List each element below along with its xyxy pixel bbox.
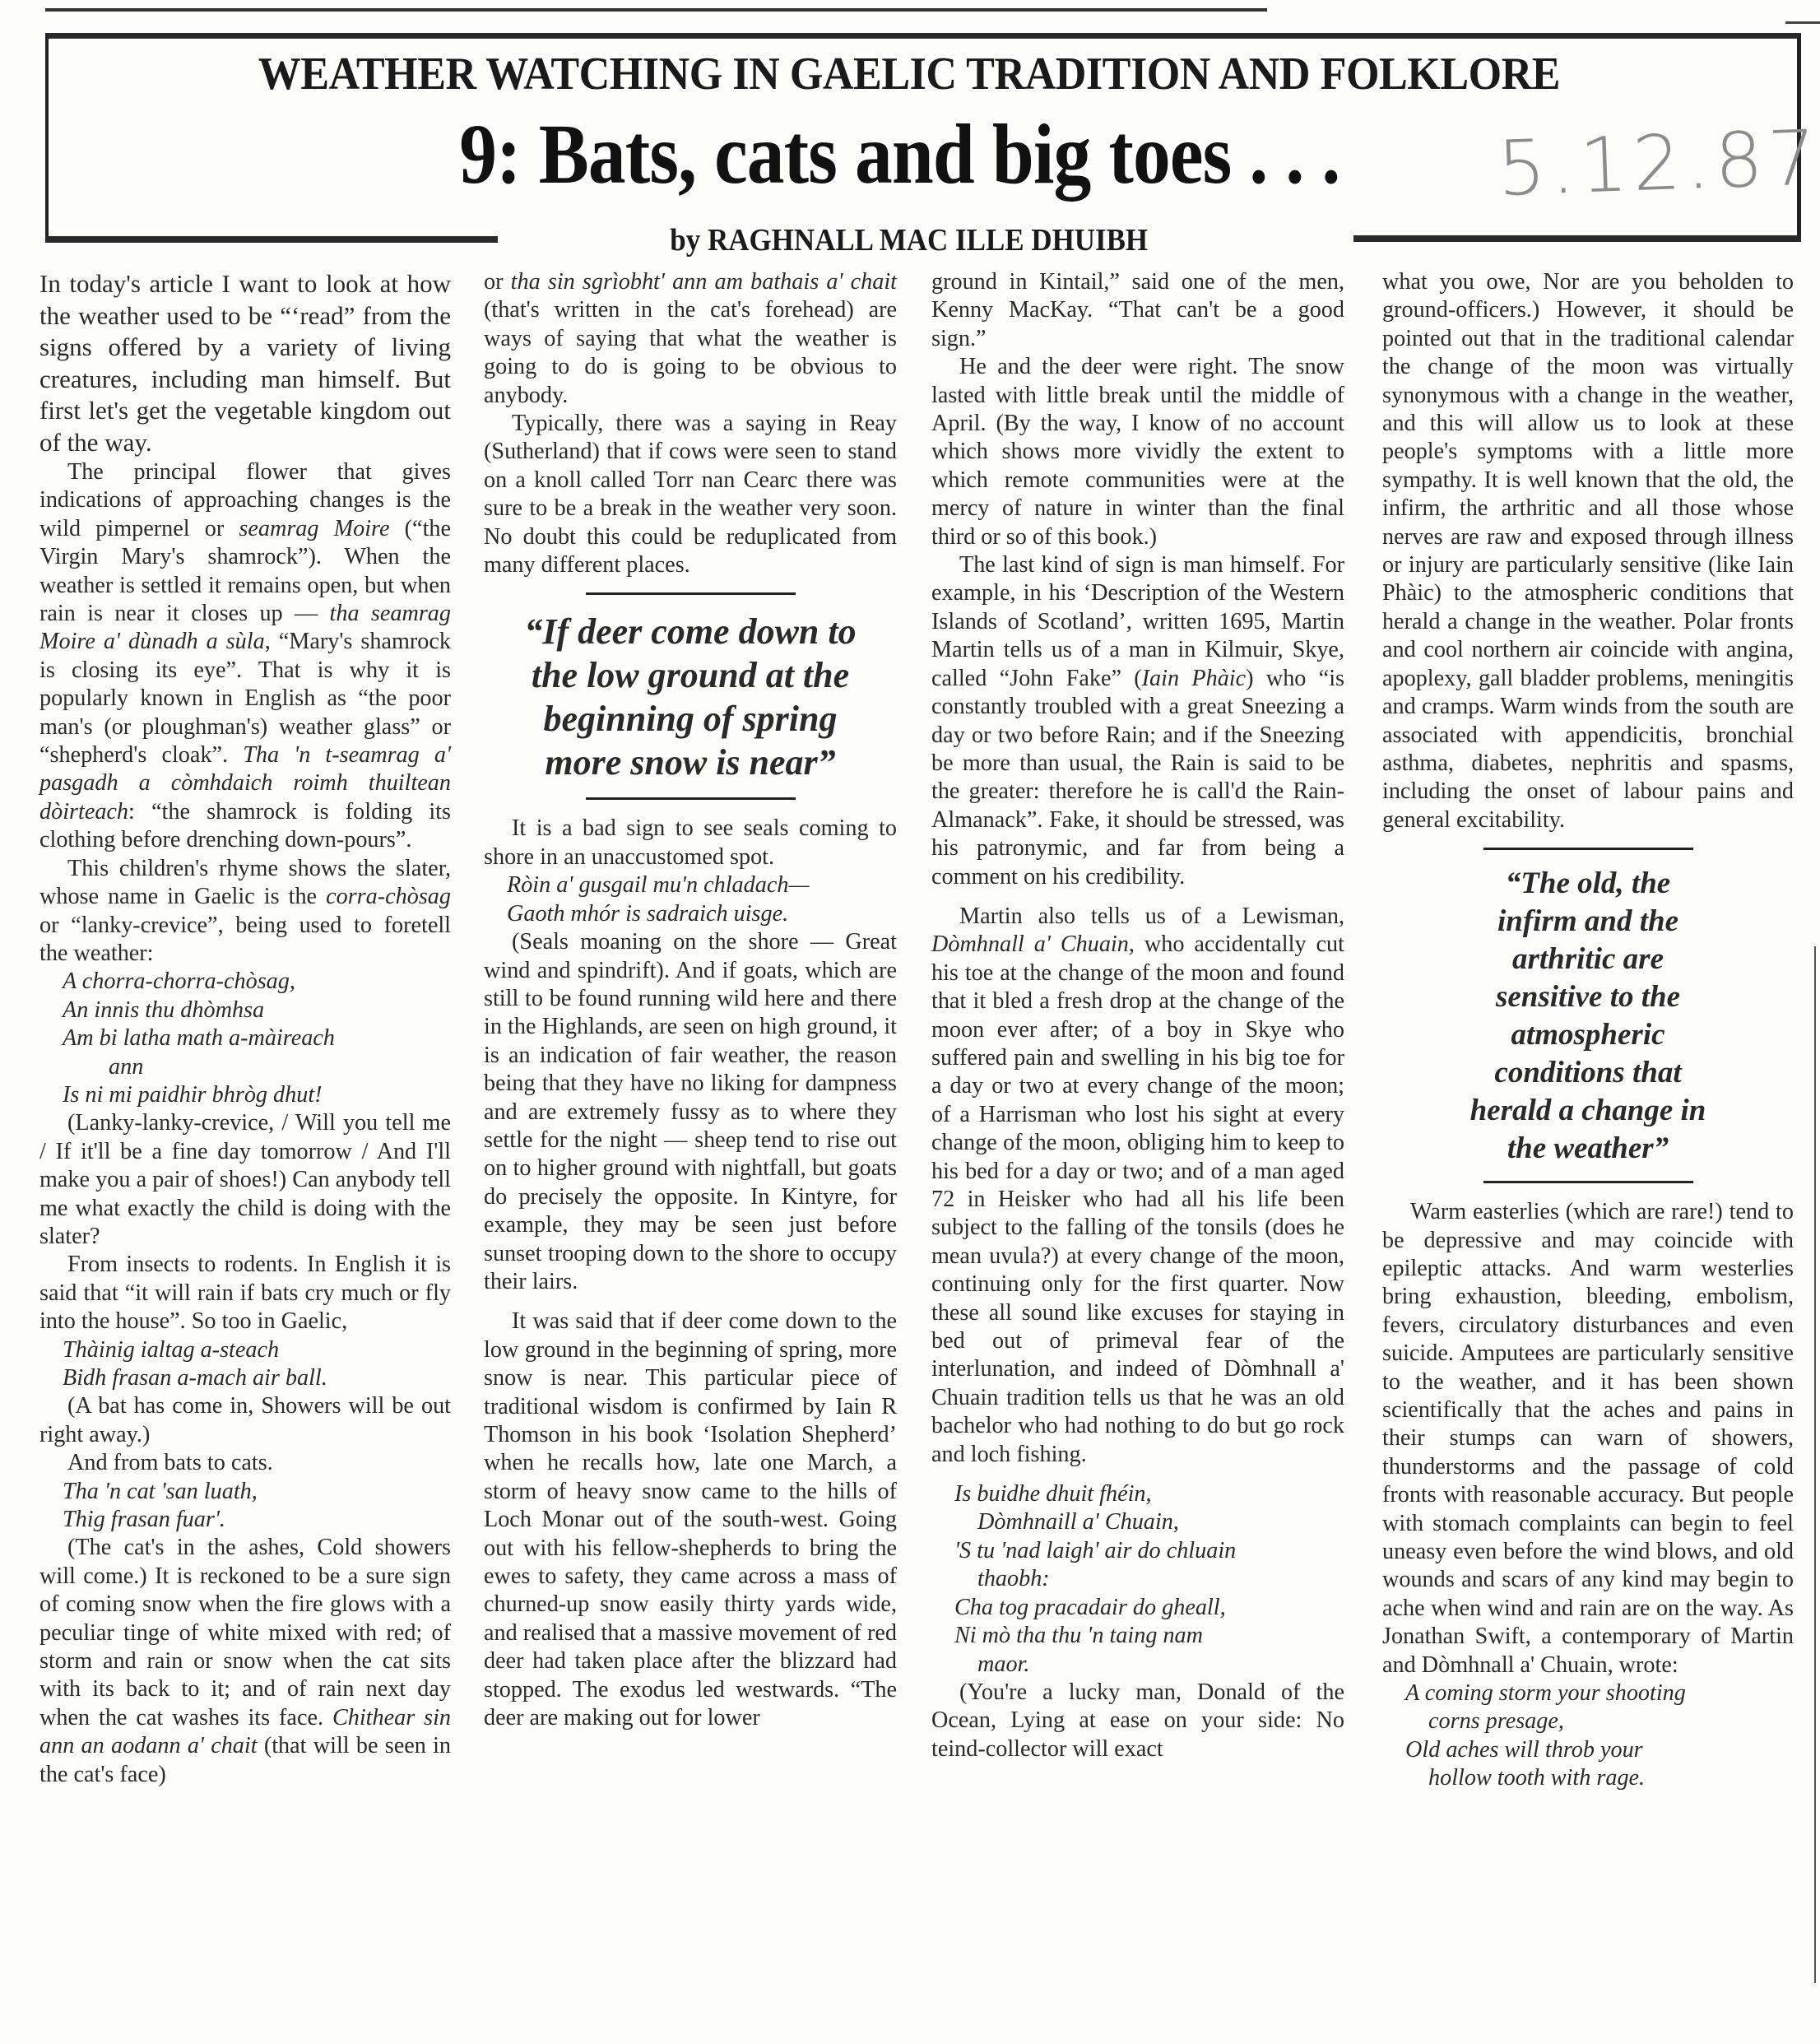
- paragraph: Martin also tells us of a Lewisman, Dòmh…: [931, 903, 1344, 1469]
- pullquote: “The old, the infirm and the arthritic a…: [1465, 865, 1711, 1168]
- byline: by RAGHNALL MAC ILLE DHUIBH: [72, 222, 1746, 258]
- pullquote: “If deer come down to the low ground at …: [518, 610, 863, 784]
- column-3: ground in Kintail,” said one of the men,…: [931, 268, 1344, 1763]
- column-1: In today's article I want to look at how…: [39, 268, 451, 1789]
- pullquote-rule-bottom: [586, 797, 796, 800]
- paragraph: It is a bad sign to see seals coming to …: [484, 815, 897, 871]
- top-rule: [45, 8, 1267, 12]
- paragraph: (Seals moaning on the shore — Great wind…: [484, 928, 897, 1296]
- right-margin-rule: [1814, 946, 1816, 1983]
- column-4: what you owe, Nor are you beholden to gr…: [1382, 268, 1794, 1793]
- pullquote-rule-top: [1483, 848, 1693, 850]
- gaelic-verse: Thàinig ialtag a-steach Bidh frasan a-ma…: [39, 1336, 451, 1393]
- paragraph: (The cat's in the ashes, Cold showers wi…: [39, 1534, 451, 1789]
- paragraph: or tha sin sgrìobht' ann am bathais a' c…: [484, 268, 897, 410]
- article-title: 9: Bats, cats and big toes . . .: [99, 105, 1701, 203]
- handwritten-date: 5.12.87: [1496, 114, 1820, 213]
- paragraph: (Lanky-lanky-crevice, / Will you tell me…: [39, 1109, 451, 1251]
- paragraph: (You're a lucky man, Donald of the Ocean…: [931, 1679, 1344, 1763]
- series-title: WEATHER WATCHING IN GAELIC TRADITION AND…: [63, 48, 1755, 100]
- pullquote-rule-bottom: [1483, 1181, 1693, 1183]
- paragraph: The last kind of sign is man himself. Fo…: [931, 551, 1344, 891]
- paragraph: It was said that if deer come down to th…: [484, 1308, 897, 1732]
- gaelic-verse: Ròin a' gusgail mu'n chladach— Gaoth mhó…: [484, 871, 897, 928]
- swift-verse: A coming storm your shooting corns presa…: [1382, 1679, 1794, 1793]
- paragraph: From insects to rodents. In English it i…: [39, 1251, 451, 1336]
- paragraph: (A bat has come in, Showers will be out …: [39, 1392, 451, 1449]
- pullquote-rule-top: [586, 592, 796, 595]
- paragraph: what you owe, Nor are you beholden to gr…: [1382, 268, 1794, 834]
- column-2: or tha sin sgrìobht' ann am bathais a' c…: [484, 268, 897, 1732]
- paragraph: Typically, there was a saying in Reay (S…: [484, 410, 897, 579]
- gaelic-verse: A chorra-chorra-chòsag, An innis thu dhò…: [39, 968, 451, 1109]
- paragraph: ground in Kintail,” said one of the men,…: [931, 268, 1344, 353]
- gaelic-verse: Is buidhe dhuit fhéin, Dòmhnaill a' Chua…: [931, 1480, 1344, 1679]
- paragraph: Warm easterlies (which are rare!) tend t…: [1382, 1198, 1794, 1679]
- paragraph: And from bats to cats.: [39, 1449, 451, 1477]
- lead-paragraph: In today's article I want to look at how…: [39, 268, 451, 458]
- paragraph: The principal flower that gives indicati…: [39, 458, 451, 855]
- paragraph: This children's rhyme shows the slater, …: [39, 855, 451, 969]
- top-rule-right: [1785, 21, 1820, 24]
- gaelic-verse: Tha 'n cat 'san luath, Thig frasan fuar'…: [39, 1478, 451, 1535]
- paragraph: He and the deer were right. The snow las…: [931, 353, 1344, 551]
